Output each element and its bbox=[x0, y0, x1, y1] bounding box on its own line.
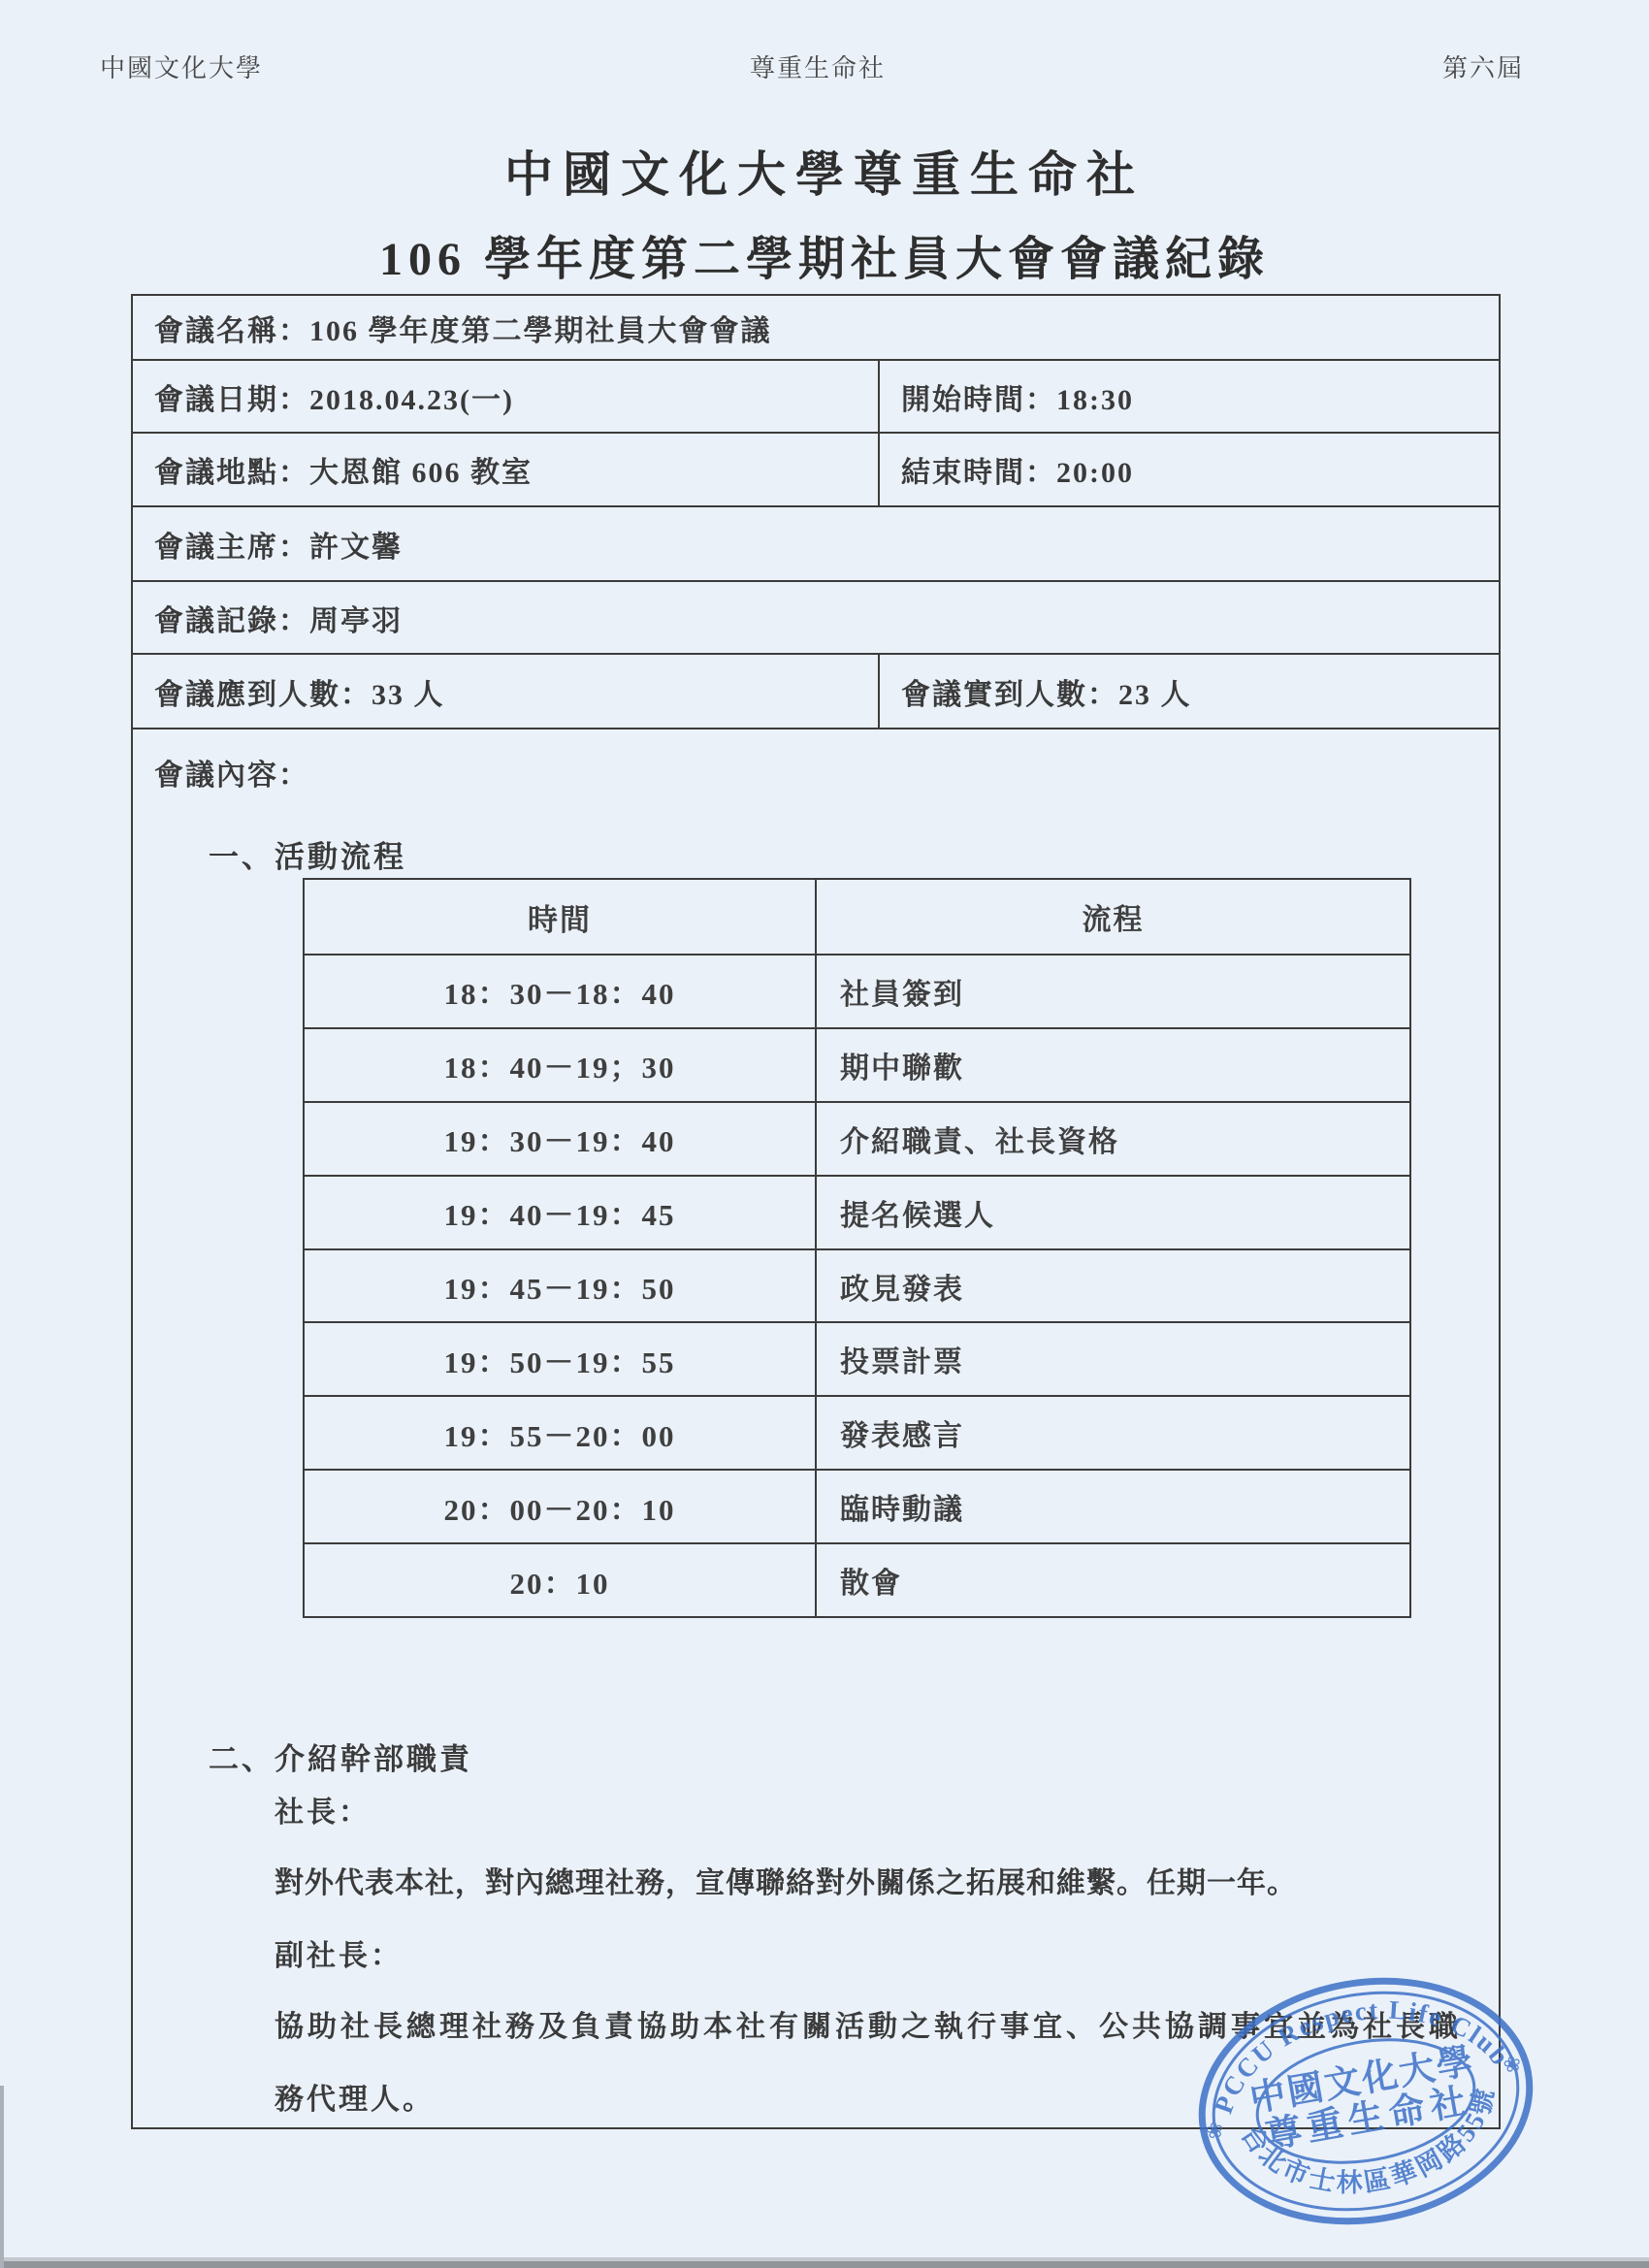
agenda-header-row: 時間 流程 bbox=[305, 880, 1409, 956]
attendance-row: 會議應到人數：33 人 會議實到人數：23 人 bbox=[133, 655, 1499, 729]
agenda-header-time: 時間 bbox=[305, 880, 817, 954]
vice-president-desc-line2: 務代理人。 bbox=[275, 2075, 435, 2118]
meeting-location-cell: 會議地點：大恩館 606 教室 bbox=[133, 434, 880, 505]
president-role-title: 社長： bbox=[275, 1788, 371, 1831]
agenda-time-cell: 20：00－20：10 bbox=[305, 1471, 817, 1542]
meeting-chair-cell: 會議主席：許文馨 bbox=[133, 507, 1499, 580]
meeting-location-row: 會議地點：大恩館 606 教室 結束時間：20:00 bbox=[133, 434, 1499, 507]
agenda-time-cell: 19：50－19：55 bbox=[305, 1323, 817, 1395]
agenda-row: 19：50－19：55 投票計票 bbox=[305, 1323, 1409, 1397]
agenda-flow-cell: 散會 bbox=[817, 1544, 1409, 1616]
agenda-row: 19：45－19：50 政見發表 bbox=[305, 1250, 1409, 1324]
end-time-cell: 結束時間：20:00 bbox=[880, 434, 1499, 505]
agenda-row: 18：30－18：40 社員簽到 bbox=[305, 956, 1409, 1029]
scan-edge-left bbox=[0, 2086, 4, 2268]
agenda-row: 19：55－20：00 發表感言 bbox=[305, 1397, 1409, 1471]
agenda-flow-cell: 介紹職責、社長資格 bbox=[817, 1103, 1409, 1175]
agenda-time-cell: 18：40－19；30 bbox=[305, 1029, 817, 1101]
document-subtitle: 106 學年度第二學期社員大會會議紀錄 bbox=[0, 221, 1649, 288]
scanned-document-page: 中國文化大學 尊重生命社 第六屆 中國文化大學尊重生命社 106 學年度第二學期… bbox=[0, 0, 1649, 2268]
agenda-time-cell: 19：30－19：40 bbox=[305, 1103, 817, 1175]
agenda-row: 20：00－20：10 臨時動議 bbox=[305, 1471, 1409, 1544]
agenda-time-cell: 18：30－18：40 bbox=[305, 956, 817, 1027]
agenda-time-cell: 19：45－19：50 bbox=[305, 1250, 817, 1322]
meeting-content-label: 會議內容： bbox=[133, 729, 1499, 794]
running-header-club: 尊重生命社 bbox=[750, 49, 886, 84]
agenda-flow-cell: 發表感言 bbox=[817, 1397, 1409, 1469]
agenda-flow-cell: 社員簽到 bbox=[817, 956, 1409, 1027]
agenda-flow-cell: 投票計票 bbox=[817, 1323, 1409, 1395]
agenda-row: 20：10 散會 bbox=[305, 1544, 1409, 1616]
meeting-recorder-cell: 會議記錄：周亭羽 bbox=[133, 582, 1499, 653]
meeting-date-row: 會議日期：2018.04.23(一) 開始時間：18:30 bbox=[133, 361, 1499, 434]
agenda-section-title: 一、活動流程 bbox=[209, 832, 406, 876]
meeting-name-row: 會議名稱：106 學年度第二學期社員大會會議 bbox=[133, 296, 1499, 361]
agenda-time-cell: 19：55－20：00 bbox=[305, 1397, 817, 1469]
meeting-date-cell: 會議日期：2018.04.23(一) bbox=[133, 361, 880, 432]
plum-blossom-icon: ❀ bbox=[1204, 2117, 1225, 2144]
start-time-cell: 開始時間：18:30 bbox=[880, 361, 1499, 432]
running-header-term: 第六屆 bbox=[1442, 49, 1524, 84]
running-header-university: 中國文化大學 bbox=[100, 49, 263, 84]
meeting-chair-row: 會議主席：許文馨 bbox=[133, 507, 1499, 582]
agenda-time-cell: 20：10 bbox=[305, 1544, 817, 1616]
agenda-flow-cell: 政見發表 bbox=[817, 1250, 1409, 1322]
agenda-flow-cell: 臨時動議 bbox=[817, 1471, 1409, 1542]
agenda-row: 18：40－19；30 期中聯歡 bbox=[305, 1029, 1409, 1103]
president-role-desc: 對外代表本社，對內總理社務，宣傳聯絡對外關係之拓展和維繫。任期一年。 bbox=[275, 1859, 1297, 1901]
meeting-name-cell: 會議名稱：106 學年度第二學期社員大會會議 bbox=[133, 296, 1499, 359]
meeting-recorder-row: 會議記錄：周亭羽 bbox=[133, 582, 1499, 655]
expected-count-cell: 會議應到人數：33 人 bbox=[133, 655, 880, 728]
vice-president-role-title: 副社長： bbox=[275, 1931, 403, 1974]
agenda-table: 時間 流程 18：30－18：40 社員簽到 18：40－19；30 期中聯歡 … bbox=[303, 878, 1411, 1618]
duties-section-title: 二、介紹幹部職責 bbox=[209, 1734, 472, 1778]
scan-edge-strip bbox=[0, 2261, 1649, 2268]
agenda-time-cell: 19：40－19：45 bbox=[305, 1177, 817, 1248]
agenda-flow-cell: 期中聯歡 bbox=[817, 1029, 1409, 1101]
agenda-flow-cell: 提名候選人 bbox=[817, 1177, 1409, 1248]
agenda-row: 19：40－19：45 提名候選人 bbox=[305, 1177, 1409, 1250]
document-title: 中國文化大學尊重生命社 bbox=[0, 136, 1649, 206]
agenda-row: 19：30－19：40 介紹職責、社長資格 bbox=[305, 1103, 1409, 1177]
agenda-header-flow: 流程 bbox=[817, 880, 1409, 954]
actual-count-cell: 會議實到人數：23 人 bbox=[880, 655, 1499, 728]
